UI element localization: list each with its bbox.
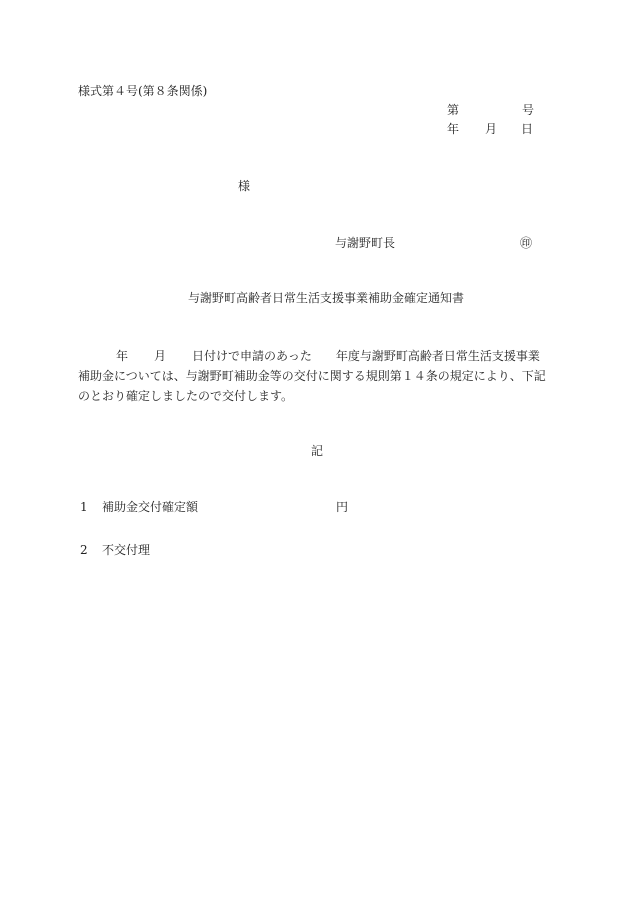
- issuer-name: 与謝野町長: [335, 235, 395, 251]
- item-2-label: 不交付理: [102, 542, 150, 558]
- ki-heading: 記: [311, 443, 323, 459]
- document-title: 与謝野町高齢者日常生活支援事業補助金確定通知書: [188, 290, 464, 306]
- body-year: 年: [116, 349, 128, 363]
- doc-number-prefix: 第: [447, 102, 459, 118]
- date-month: 月: [485, 121, 497, 137]
- date-year: 年: [447, 121, 459, 137]
- item-2-number: 2: [80, 542, 88, 558]
- body-line-3: のとおり確定しましたので交付します。: [78, 386, 558, 406]
- body-paragraph: 年月日付けで申請のあった年度与謝野町高齢者日常生活支援事業 補助金については、与…: [78, 346, 558, 406]
- form-number: 様式第４号(第８条関係): [78, 83, 207, 99]
- item-1-number: 1: [80, 499, 88, 515]
- body-month: 月: [154, 349, 166, 363]
- item-1-label: 補助金交付確定額: [102, 499, 198, 515]
- doc-number-suffix: 号: [522, 102, 534, 118]
- addressee-suffix: 様: [238, 178, 250, 194]
- body-text-1: 日付けで申請のあった: [192, 349, 312, 363]
- body-text-2: 年度与謝野町高齢者日常生活支援事業: [336, 349, 540, 363]
- date-day: 日: [521, 121, 533, 137]
- body-line-2: 補助金については、与謝野町補助金等の交付に関する規則第１４条の規定により、下記: [78, 366, 558, 386]
- item-1-unit: 円: [336, 499, 348, 515]
- seal-mark: ㊞: [520, 235, 532, 251]
